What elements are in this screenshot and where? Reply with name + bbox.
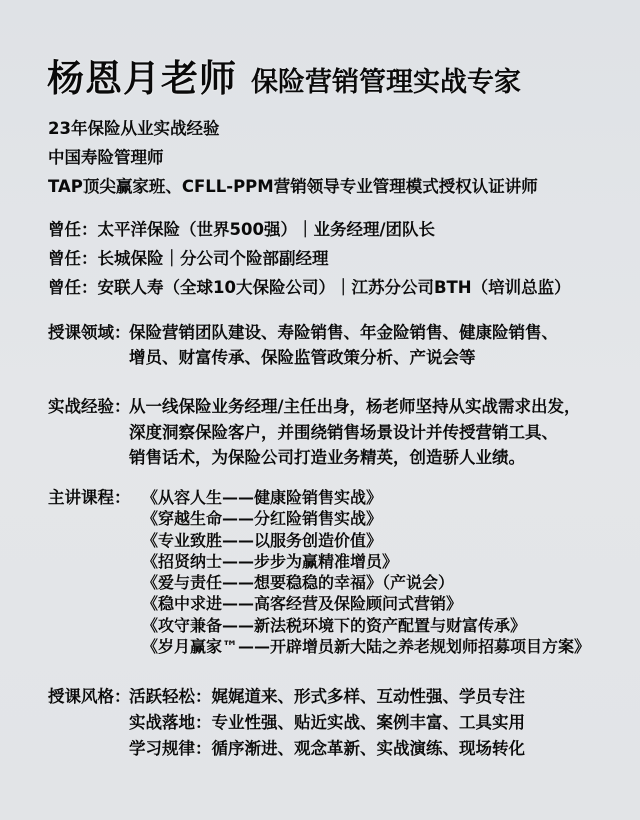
teaching-style-content: 活跃轻松：娓娓道来、形式多样、互动性强、学员专注 实战落地：专业性强、贴近实战、… [129,684,525,762]
teaching-areas-label: 授课领域： [48,323,131,342]
teaching-style-line: 活跃轻松：娓娓道来、形式多样、互动性强、学员专注 [129,684,525,710]
teaching-style-label: 授课风格： [48,687,131,706]
courses-list: 《从容人生——健康险销售实战》 《穿越生命——分红险销售实战》 《专业致胜——以… [142,487,590,657]
qualification-item: 中国寿险管理师 [48,143,538,172]
course-item: 《爱与责任——想要稳稳的幸福》（产说会） [142,572,590,593]
course-item: 《岁月赢家™——开辟增员新大陆之养老规划师招募项目方案》 [142,636,590,657]
course-item: 《稳中求进——高客经营及保险顾问式营销》 [142,593,590,614]
courses-section: 主讲课程： 《从容人生——健康险销售实战》 《穿越生命——分红险销售实战》 《专… [48,487,590,657]
teaching-areas-line: 保险营销团队建设、寿险销售、年金险销售、健康险销售、 [129,320,558,345]
former-position-item: 曾任：安联人寿（全球10大保险公司）｜江苏分公司BTH（培训总监） [48,273,571,302]
experience-line: 深度洞察保险客户，并围绕销售场景设计并传授营销工具、 [129,420,581,446]
qualifications-section: 23年保险从业实战经验 中国寿险管理师 TAP顶尖赢家班、CFLL-PPM营销领… [48,114,538,201]
section-label: 实战经验： [48,394,129,471]
experience-line: 从一线保险业务经理/主任出身，杨老师坚持从实战需求出发， [129,394,581,420]
course-item: 《攻守兼备——新法税环境下的资产配置与财富传承》 [142,615,590,636]
experience-label: 实战经验： [48,397,131,416]
experience-line: 销售话术，为保险公司打造业务精英，创造骄人业绩。 [129,445,581,471]
teaching-areas-content: 保险营销团队建设、寿险销售、年金险销售、健康险销售、 增员、财富传承、保险监管政… [129,320,558,370]
teacher-tagline: 保险营销管理实战专家 [251,60,521,99]
courses-label: 主讲课程： [48,488,131,507]
section-label: 授课风格： [48,684,129,762]
qualification-item: TAP顶尖赢家班、CFLL-PPM营销领导专业管理模式授权认证讲师 [48,172,538,201]
teaching-style-line: 学习规律：循序渐进、观念革新、实战演练、现场转化 [129,736,525,762]
qualification-item: 23年保险从业实战经验 [48,114,538,143]
teaching-style-section: 授课风格： 活跃轻松：娓娓道来、形式多样、互动性强、学员专注 实战落地：专业性强… [48,684,525,762]
experience-content: 从一线保险业务经理/主任出身，杨老师坚持从实战需求出发， 深度洞察保险客户，并围… [129,394,581,471]
teacher-name: 杨恩月老师 [47,48,237,102]
section-label: 主讲课程： [48,487,142,657]
profile-page: 杨恩月老师 保险营销管理实战专家 23年保险从业实战经验 中国寿险管理师 TAP… [0,0,640,820]
former-position-item: 曾任：太平洋保险（世界500强）｜业务经理/团队长 [48,215,571,244]
course-item: 《招贤纳士——步步为赢精准增员》 [142,551,590,572]
experience-section: 实战经验： 从一线保险业务经理/主任出身，杨老师坚持从实战需求出发， 深度洞察保… [48,394,581,471]
course-item: 《从容人生——健康险销售实战》 [142,487,590,508]
course-item: 《专业致胜——以服务创造价值》 [142,530,590,551]
teaching-areas-line: 增员、财富传承、保险监管政策分析、产说会等 [129,345,558,370]
course-item: 《穿越生命——分红险销售实战》 [142,508,590,529]
former-position-item: 曾任：长城保险｜分公司个险部副经理 [48,244,571,273]
teaching-areas-section: 授课领域： 保险营销团队建设、寿险销售、年金险销售、健康险销售、 增员、财富传承… [48,320,558,370]
title-row: 杨恩月老师 保险营销管理实战专家 [47,48,521,102]
teaching-style-line: 实战落地：专业性强、贴近实战、案例丰富、工具实用 [129,710,525,736]
former-positions-section: 曾任：太平洋保险（世界500强）｜业务经理/团队长 曾任：长城保险｜分公司个险部… [48,215,571,302]
section-label: 授课领域： [48,320,129,370]
